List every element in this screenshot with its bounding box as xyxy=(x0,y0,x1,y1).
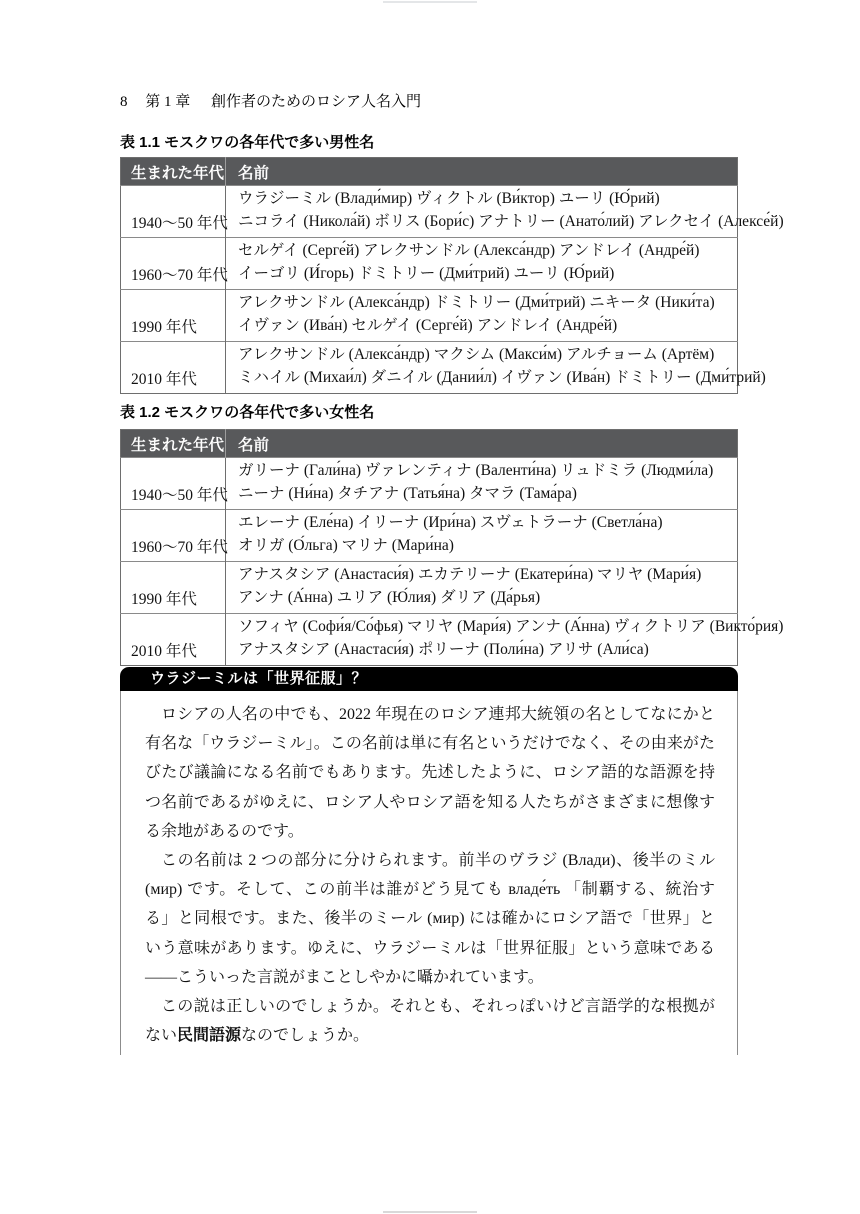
paragraph-1: ロシアの人名の中でも、2022 年現在のロシア連邦大統領の名としてなにかと有名な… xyxy=(145,700,715,846)
names-line: ソフィヤ (Софи́я/Со́фья) マリヤ (Мари́я) アンナ (А… xyxy=(238,616,729,639)
column-header-era: 生まれた年代 xyxy=(121,158,226,186)
male-names-table: 生まれた年代 名前 1940〜50 年代 ウラジーミル (Влади́мир) … xyxy=(120,157,738,394)
names-line: イヴァン (Ива́н) セルゲイ (Серге́й) アンドレイ (Андре… xyxy=(238,315,729,338)
running-header: 8 第 1 章 創作者のためのロシア人名入門 xyxy=(120,90,421,111)
names-line: ミハイル (Михаи́л) ダニイル (Дании́л) イヴァン (Ива́… xyxy=(238,367,729,390)
names-line: オリガ (О́льга) マリナ (Мари́на) xyxy=(238,535,729,558)
names-line: イーゴリ (И́горь) ドミトリー (Дми́трий) ユーリ (Ю́ри… xyxy=(238,263,729,286)
era-cell: 2010 年代 xyxy=(121,342,226,394)
column-header-era: 生まれた年代 xyxy=(121,430,226,458)
names-line: アレクサンドル (Алекса́ндр) マクシム (Макси́м) アルチョ… xyxy=(238,344,729,367)
names-cell: ウラジーミル (Влади́мир) ヴィクトル (Ви́ктор) ユーリ (… xyxy=(226,186,738,238)
names-line: ニコライ (Никола́й) ボリス (Бори́с) アナトリー (Анат… xyxy=(238,211,729,234)
adjacent-page-edge-bottom xyxy=(383,1211,477,1213)
paragraph-3-text: なのでしょうか。 xyxy=(241,1027,369,1044)
names-cell: アレクサンドル (Алекса́ндр) ドミトリー (Дми́трий) ニキ… xyxy=(226,290,738,342)
names-cell: ガリーナ (Гали́на) ヴァレンティナ (Валенти́на) リュドミ… xyxy=(226,458,738,510)
names-line: アナスタシア (Анастаси́я) ポリーナ (Поли́на) アリサ (… xyxy=(238,639,729,662)
names-line: アンナ (А́нна) ユリア (Ю́лия) ダリア (Да́рья) xyxy=(238,587,729,610)
names-cell: アレクサンドル (Алекса́ндр) マクシム (Макси́м) アルチョ… xyxy=(226,342,738,394)
table-header-row: 生まれた年代 名前 xyxy=(121,430,738,458)
sidebar-box-title: ウラジーミルは「世界征服」？ xyxy=(120,667,738,691)
names-line: ガリーナ (Гали́на) ヴァレンティナ (Валенти́на) リュドミ… xyxy=(238,460,729,483)
column-header-names: 名前 xyxy=(226,158,738,186)
era-cell: 1960〜70 年代 xyxy=(121,238,226,290)
table-row: 1990 年代 アナスタシア (Анастаси́я) エカテリーナ (Екат… xyxy=(121,562,738,614)
names-line: アナスタシア (Анастаси́я) エカテリーナ (Екатери́на) … xyxy=(238,564,729,587)
table-row: 2010 年代 アレクサンドル (Алекса́ндр) マクシム (Макси… xyxy=(121,342,738,394)
names-line: アレクサンドル (Алекса́ндр) ドミトリー (Дми́трий) ニキ… xyxy=(238,292,729,315)
era-cell: 1940〜50 年代 xyxy=(121,186,226,238)
table-caption-male: 表 1.1 モスクワの各年代で多い男性名 xyxy=(120,131,374,152)
table-row: 2010 年代 ソフィヤ (Софи́я/Со́фья) マリヤ (Мари́я… xyxy=(121,614,738,666)
names-cell: ソフィヤ (Софи́я/Со́фья) マリヤ (Мари́я) アンナ (А… xyxy=(226,614,738,666)
sidebar-box-vladimir: ウラジーミルは「世界征服」？ ロシアの人名の中でも、2022 年現在のロシア連邦… xyxy=(120,667,738,1055)
sidebar-box-title-text: ウラジーミルは「世界征服」？ xyxy=(150,670,367,687)
names-line: エレーナ (Еле́на) イリーナ (Ири́на) スヴェトラーナ (Све… xyxy=(238,512,729,535)
names-cell: エレーナ (Еле́на) イリーナ (Ири́на) スヴェトラーナ (Све… xyxy=(226,510,738,562)
paragraph-2: この名前は 2 つの部分に分けられます。前半のヴラジ (Влади)、後半のミル… xyxy=(145,846,715,992)
paragraph-3-bold-term: 民間語源 xyxy=(177,1027,241,1044)
era-cell: 1940〜50 年代 xyxy=(121,458,226,510)
names-line: ウラジーミル (Влади́мир) ヴィクトル (Ви́ктор) ユーリ (… xyxy=(238,188,729,211)
table-caption-female: 表 1.2 モスクワの各年代で多い女性名 xyxy=(120,401,374,422)
adjacent-page-edge-top xyxy=(383,1,477,3)
table-row: 1960〜70 年代 セルゲイ (Серге́й) アレクサンドル (Алекс… xyxy=(121,238,738,290)
table-header-row: 生まれた年代 名前 xyxy=(121,158,738,186)
names-cell: アナスタシア (Анастаси́я) エカテリーナ (Екатери́на) … xyxy=(226,562,738,614)
names-line: ニーナ (Ни́на) タチアナ (Татья́на) タマラ (Тама́ра… xyxy=(238,483,729,506)
page-number: 8 xyxy=(120,94,128,110)
column-header-names: 名前 xyxy=(226,430,738,458)
era-cell: 1990 年代 xyxy=(121,290,226,342)
era-cell: 2010 年代 xyxy=(121,614,226,666)
table-row: 1940〜50 年代 ガリーナ (Гали́на) ヴァレンティナ (Вален… xyxy=(121,458,738,510)
era-cell: 1960〜70 年代 xyxy=(121,510,226,562)
paragraph-3: この説は正しいのでしょうか。それとも、それっぽいけど言語学的な根拠がない民間語源… xyxy=(145,992,715,1050)
era-cell: 1990 年代 xyxy=(121,562,226,614)
female-names-table: 生まれた年代 名前 1940〜50 年代 ガリーナ (Гали́на) ヴァレン… xyxy=(120,429,738,666)
sidebar-box-body: ロシアの人名の中でも、2022 年現在のロシア連邦大統領の名としてなにかと有名な… xyxy=(120,691,738,1055)
table-row: 1960〜70 年代 エレーナ (Еле́на) イリーナ (Ири́на) ス… xyxy=(121,510,738,562)
chapter-label: 第 1 章 xyxy=(145,94,190,110)
table-row: 1940〜50 年代 ウラジーミル (Влади́мир) ヴィクトル (Ви́… xyxy=(121,186,738,238)
table-row: 1990 年代 アレクサンドル (Алекса́ндр) ドミトリー (Дми́… xyxy=(121,290,738,342)
chapter-title: 創作者のためのロシア人名入門 xyxy=(211,94,421,110)
names-line: セルゲイ (Серге́й) アレクサンドル (Алекса́ндр) アンドレ… xyxy=(238,240,729,263)
names-cell: セルゲイ (Серге́й) アレクサンドル (Алекса́ндр) アンドレ… xyxy=(226,238,738,290)
